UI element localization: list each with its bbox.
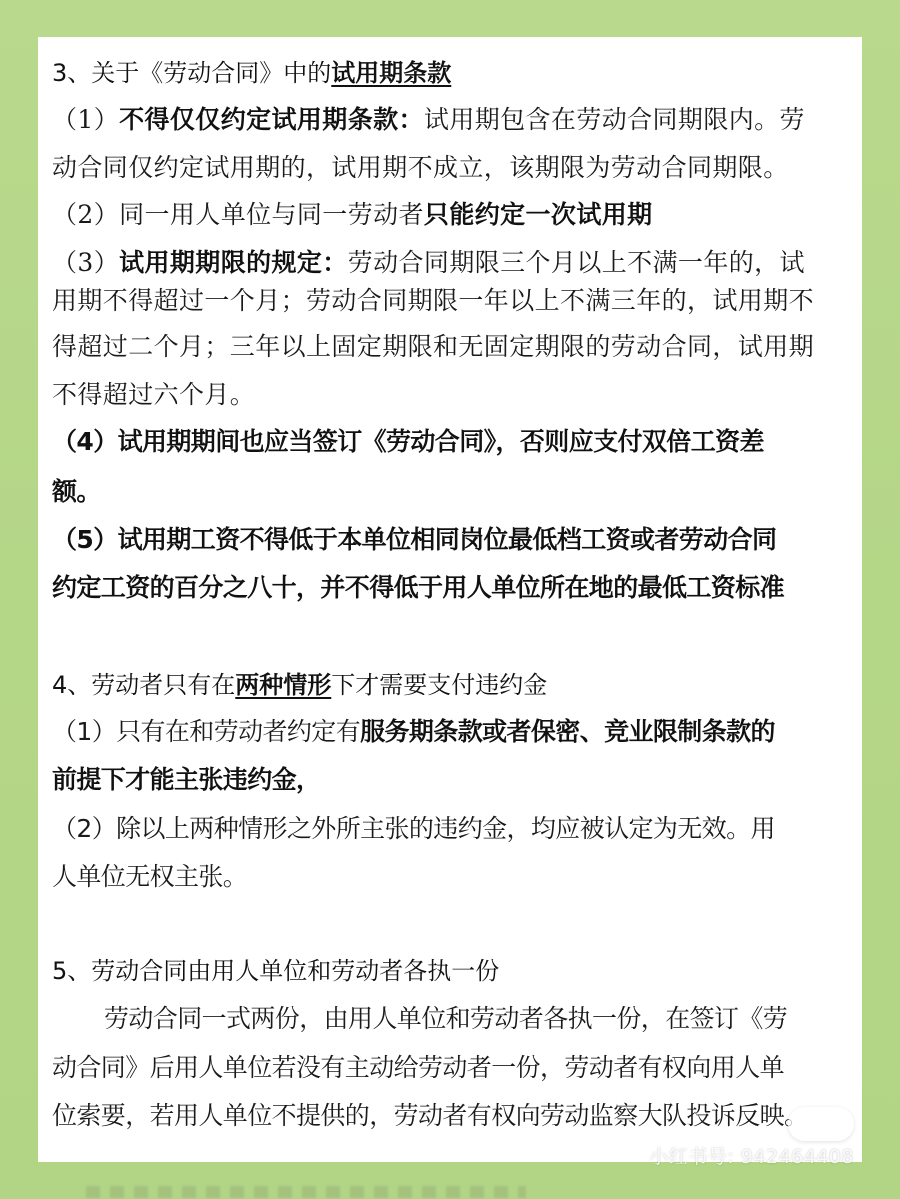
body-text: 位索要，若用人单位不提供的，劳动者有权向劳动监察大队投诉反映。 <box>52 1101 808 1130</box>
section-4-line-2: 前提下才能主张违约金， <box>52 764 320 796</box>
body-text: 不得超过六个月。 <box>52 380 255 409</box>
body-text: （1）只有在和劳动者约定有 <box>52 717 360 746</box>
section-3-line-4: （3）试用期期限的规定：劳动合同期限三个月以上不满一年的，试 <box>52 247 805 279</box>
body-text: （2）除以上两种情形之外所主张的违约金，均应被认定为无效。用 <box>52 814 775 843</box>
heading-text: 5、劳动合同由用人单位和劳动者各执一份 <box>52 957 499 985</box>
body-text: 动合同》后用人单位若没有主动给劳动者一份，劳动者有权向用人单 <box>52 1053 784 1082</box>
section-5-line-2: 动合同》后用人单位若没有主动给劳动者一份，劳动者有权向用人单 <box>52 1052 784 1084</box>
body-text: 动合同仅约定试用期的，试用期不成立，该期限为劳动合同期限。 <box>52 153 789 182</box>
section-3-line-2: 动合同仅约定试用期的，试用期不成立，该期限为劳动合同期限。 <box>52 152 789 184</box>
bold-text: 只能约定一次试用期 <box>424 200 653 229</box>
floating-action-pill[interactable] <box>788 1107 854 1141</box>
section-3-heading: 3、关于《劳动合同》中的试用期条款 <box>52 57 451 89</box>
section-3-line-6: 得超过二个月；三年以上固定期限和无固定期限的劳动合同，试用期 <box>52 331 814 363</box>
bold-text: 不得仅仅约定试用期条款： <box>119 105 424 134</box>
item-number: （1） <box>52 105 119 134</box>
body-text: 得超过二个月；三年以上固定期限和无固定期限的劳动合同，试用期 <box>52 332 814 361</box>
body-text: 劳动合同一式两份，由用人单位和劳动者各执一份，在签订《劳 <box>104 1004 787 1033</box>
item-number: （3） <box>52 248 119 277</box>
document-card: 3、关于《劳动合同》中的试用期条款 （1）不得仅仅约定试用期条款：试用期包含在劳… <box>38 37 862 1162</box>
bold-text: 试用期期限的规定： <box>119 248 348 277</box>
body-text: 人单位无权主张。 <box>52 862 247 891</box>
heading-text: 4、劳动者只有在 <box>52 671 235 699</box>
section-3-line-7: 不得超过六个月。 <box>52 379 255 411</box>
body-text: （2）同一用人单位与同一劳动者 <box>52 200 424 229</box>
section-3-line-9: 额。 <box>52 476 101 508</box>
cutoff-next-page-text <box>86 1186 526 1198</box>
section-5-heading: 5、劳动合同由用人单位和劳动者各执一份 <box>52 955 499 987</box>
section-4-line-4: 人单位无权主张。 <box>52 861 247 893</box>
bold-text: （4）试用期期间也应当签订《劳动合同》，否则应支付双倍工资差 <box>52 427 764 456</box>
body-text: 劳动合同期限三个月以上不满一年的，试 <box>348 248 805 277</box>
bold-text: 前提下才能主张违约金， <box>52 765 320 794</box>
section-4-line-1: （1）只有在和劳动者约定有服务期条款或者保密、竞业限制条款的 <box>52 716 775 748</box>
watermark: 小红书号: 942464408 <box>649 1142 854 1169</box>
section-4-line-3: （2）除以上两种情形之外所主张的违约金，均应被认定为无效。用 <box>52 813 775 845</box>
section-3-line-5: 用期不得超过一个月；劳动合同期限一年以上不满三年的，试用期不 <box>52 285 814 317</box>
heading-text: 3、关于《劳动合同》中的 <box>52 59 331 87</box>
bold-text: 额。 <box>52 477 101 506</box>
body-text: 用期不得超过一个月；劳动合同期限一年以上不满三年的，试用期不 <box>52 286 814 315</box>
section-4-heading: 4、劳动者只有在两种情形下才需要支付违约金 <box>52 669 547 701</box>
section-5-line-3: 位索要，若用人单位不提供的，劳动者有权向劳动监察大队投诉反映。 <box>52 1100 808 1132</box>
bold-text: 约定工资的百分之八十，并不得低于用人单位所在地的最低工资标准 <box>52 573 784 602</box>
heading-text: 下才需要支付违约金 <box>331 671 547 699</box>
section-3-line-10: （5）试用期工资不得低于本单位相同岗位最低档工资或者劳动合同 <box>52 524 776 556</box>
bold-text: 服务期条款或者保密、竞业限制条款的 <box>360 717 775 746</box>
section-3-line-3: （2）同一用人单位与同一劳动者只能约定一次试用期 <box>52 199 653 231</box>
bold-text: （5）试用期工资不得低于本单位相同岗位最低档工资或者劳动合同 <box>52 525 776 554</box>
body-text: 试用期包含在劳动合同期限内。劳 <box>424 105 805 134</box>
section-3-line-11: 约定工资的百分之八十，并不得低于用人单位所在地的最低工资标准 <box>52 572 784 604</box>
section-3-line-1: （1）不得仅仅约定试用期条款：试用期包含在劳动合同期限内。劳 <box>52 104 805 136</box>
heading-underlined-text: 试用期条款 <box>331 59 451 87</box>
heading-underlined-text: 两种情形 <box>235 671 331 699</box>
section-5-line-1: 劳动合同一式两份，由用人单位和劳动者各执一份，在签订《劳 <box>52 1003 787 1035</box>
section-3-line-8: （4）试用期期间也应当签订《劳动合同》，否则应支付双倍工资差 <box>52 426 764 458</box>
